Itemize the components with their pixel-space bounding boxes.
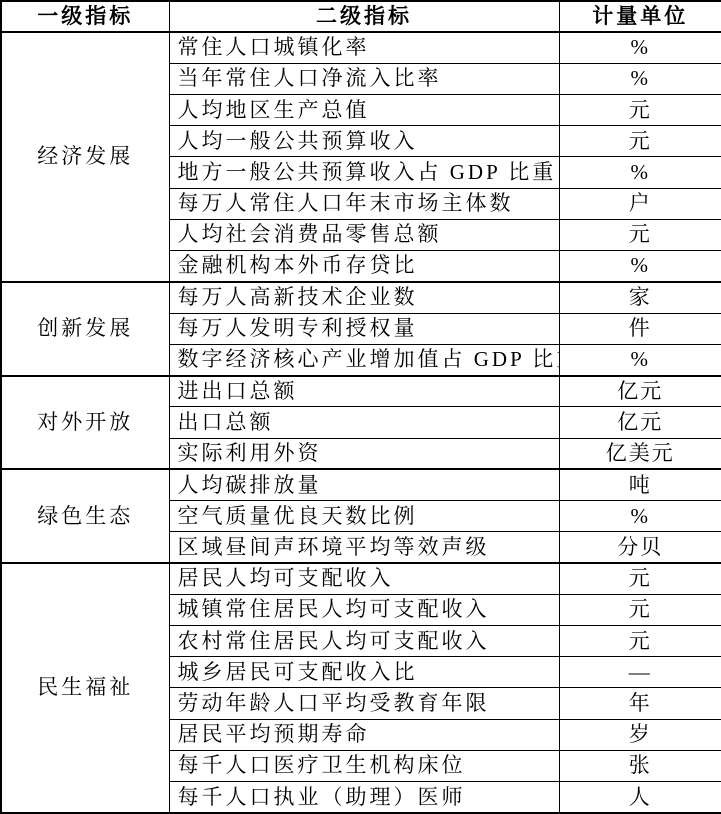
indicator-cell: 常住人口城镇化率 [169, 32, 559, 63]
indicator-cell: 农村常住居民人均可支配收入 [169, 625, 559, 656]
unit-cell: 元 [559, 625, 721, 656]
unit-cell: % [559, 344, 721, 375]
table-row: 民生福祉 居民人均可支配收入 元 [1, 563, 721, 594]
indicator-cell: 人均一般公共预算收入 [169, 126, 559, 157]
page: { "table": { "headers": ["一级指标", "二级指标",… [0, 0, 721, 814]
indicator-cell: 人均碳排放量 [169, 469, 559, 500]
unit-cell: % [559, 32, 721, 63]
indicator-cell: 每千人口执业（助理）医师 [169, 782, 559, 813]
unit-cell: 元 [559, 219, 721, 250]
indicator-cell: 每万人发明专利授权量 [169, 313, 559, 344]
unit-cell: 岁 [559, 719, 721, 750]
unit-cell: 元 [559, 594, 721, 625]
unit-cell: — [559, 657, 721, 688]
unit-cell: 亿元 [559, 407, 721, 438]
indicator-cell: 出口总额 [169, 407, 559, 438]
unit-cell: 亿元 [559, 376, 721, 407]
indicator-cell: 每万人常住人口年末市场主体数 [169, 188, 559, 219]
column-header-level1: 一级指标 [1, 1, 169, 32]
unit-cell: 亿美元 [559, 438, 721, 469]
indicator-cell: 人均地区生产总值 [169, 94, 559, 125]
unit-cell: % [559, 501, 721, 532]
unit-cell: 元 [559, 126, 721, 157]
unit-cell: 元 [559, 94, 721, 125]
group-label-green-ecology: 绿色生态 [1, 469, 169, 563]
unit-cell: 家 [559, 282, 721, 313]
indicator-cell: 当年常住人口净流入比率 [169, 63, 559, 94]
unit-cell: % [559, 157, 721, 188]
indicator-cell: 城镇常住居民人均可支配收入 [169, 594, 559, 625]
unit-cell: 人 [559, 782, 721, 813]
table-row: 经济发展 常住人口城镇化率 % [1, 32, 721, 63]
unit-cell: 件 [559, 313, 721, 344]
indicator-cell: 居民平均预期寿命 [169, 719, 559, 750]
unit-cell: % [559, 63, 721, 94]
table-row: 对外开放 进出口总额 亿元 [1, 376, 721, 407]
indicator-table: 一级指标 二级指标 计量单位 经济发展 常住人口城镇化率 % 当年常住人口净流入… [0, 0, 721, 814]
indicator-cell: 每万人高新技术企业数 [169, 282, 559, 313]
indicator-cell: 劳动年龄人口平均受教育年限 [169, 688, 559, 719]
indicator-cell: 数字经济核心产业增加值占 GDP 比重 [169, 344, 559, 375]
indicator-cell: 区域昼间声环境平均等效声级 [169, 532, 559, 563]
unit-cell: 分贝 [559, 532, 721, 563]
group-label-opening-up: 对外开放 [1, 376, 169, 470]
indicator-cell: 城乡居民可支配收入比 [169, 657, 559, 688]
indicator-cell: 地方一般公共预算收入占 GDP 比重 [169, 157, 559, 188]
table-row: 创新发展 每万人高新技术企业数 家 [1, 282, 721, 313]
column-header-level2: 二级指标 [169, 1, 559, 32]
indicator-cell: 每千人口医疗卫生机构床位 [169, 750, 559, 781]
group-label-economy: 经济发展 [1, 32, 169, 282]
indicator-cell: 居民人均可支配收入 [169, 563, 559, 594]
unit-cell: 年 [559, 688, 721, 719]
indicator-cell: 进出口总额 [169, 376, 559, 407]
column-header-unit: 计量单位 [559, 1, 721, 32]
group-label-innovation: 创新发展 [1, 282, 169, 376]
unit-cell: % [559, 251, 721, 282]
header-row: 一级指标 二级指标 计量单位 [1, 1, 721, 32]
unit-cell: 户 [559, 188, 721, 219]
indicator-cell: 空气质量优良天数比例 [169, 501, 559, 532]
indicator-cell: 人均社会消费品零售总额 [169, 219, 559, 250]
indicator-cell: 金融机构本外币存贷比 [169, 251, 559, 282]
unit-cell: 张 [559, 750, 721, 781]
group-label-livelihood: 民生福祉 [1, 563, 169, 813]
unit-cell: 吨 [559, 469, 721, 500]
unit-cell: 元 [559, 563, 721, 594]
table-row: 绿色生态 人均碳排放量 吨 [1, 469, 721, 500]
indicator-cell: 实际利用外资 [169, 438, 559, 469]
